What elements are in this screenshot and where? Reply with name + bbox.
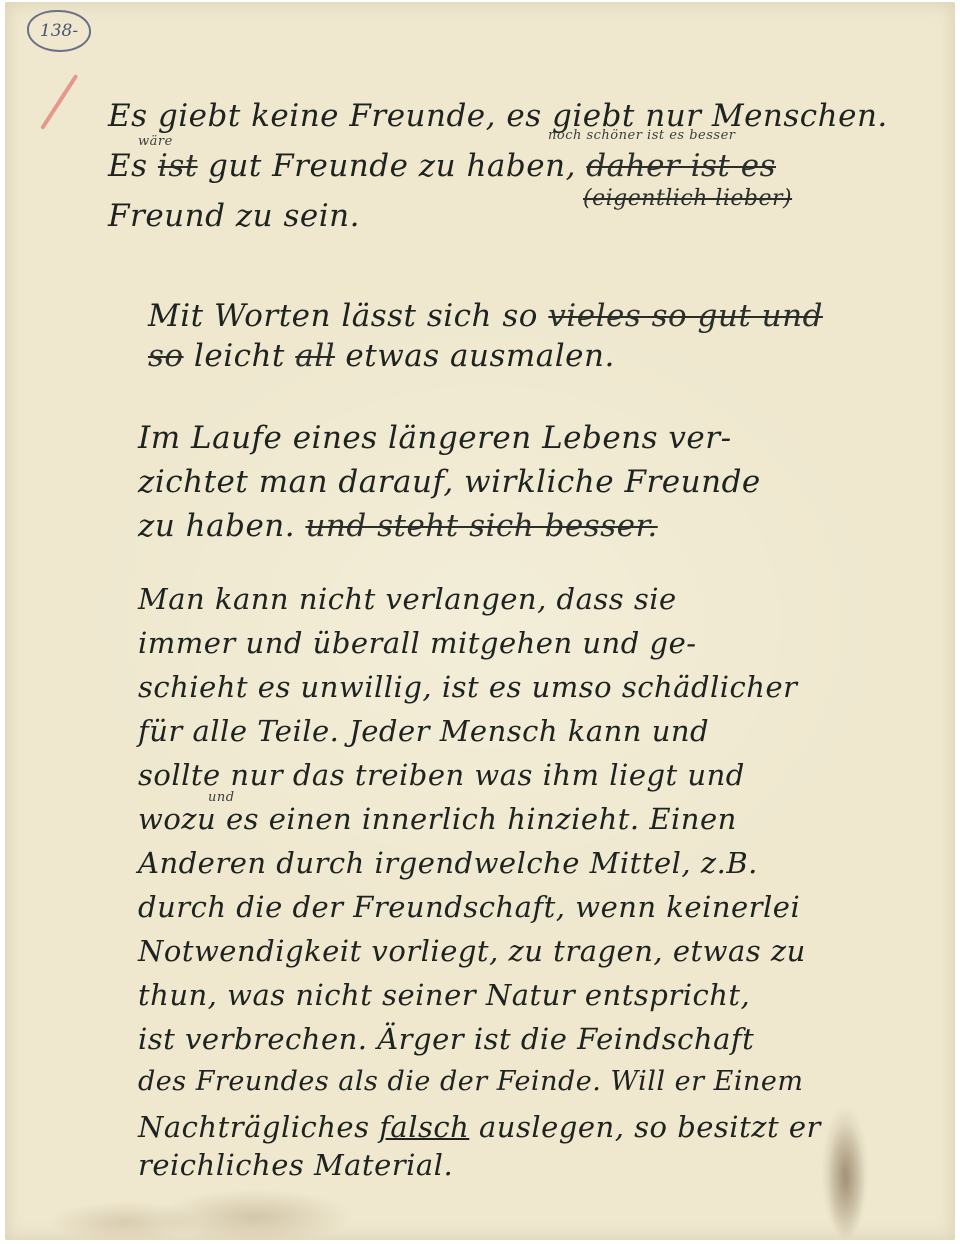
deleted-text: und steht sich besser. bbox=[305, 508, 657, 544]
deleted-text: (eigentlich lieber) bbox=[583, 186, 792, 211]
line-p1-1: Es giebt keine Freunde, es giebt nur Men… bbox=[108, 98, 888, 134]
underlined-word: falsch bbox=[379, 1110, 469, 1144]
deleted-text: all bbox=[295, 338, 335, 374]
line-p4-12: des Freundes als die der Feinde. Will er… bbox=[138, 1066, 803, 1097]
line-p2-1: Mit Worten lässt sich so vieles so gut u… bbox=[148, 298, 823, 334]
line-p4-10: thun, was nicht seiner Natur entspricht, bbox=[138, 978, 750, 1012]
line-p3-2: zichtet man darauf, wirkliche Freunde bbox=[138, 464, 761, 500]
line-p1-2: wäre noch schöner ist es besser Es ist g… bbox=[108, 148, 776, 184]
water-stain bbox=[827, 1122, 865, 1242]
line-p4-2: immer und überall mitgehen und ge- bbox=[138, 626, 697, 660]
line-p4-9: Notwendigkeit vorliegt, zu tragen, etwas… bbox=[138, 934, 806, 968]
deleted-text: ist bbox=[158, 148, 198, 184]
folio-number: 138- bbox=[27, 10, 91, 52]
line-p1-3: Freund zu sein. (eigentlich lieber) bbox=[108, 198, 360, 234]
insertion-above: und bbox=[208, 790, 235, 805]
insertion-above: wäre bbox=[138, 134, 173, 149]
line-p4-1: Man kann nicht verlangen, dass sie bbox=[138, 582, 677, 616]
line-p2-2: so leicht all etwas ausmalen. bbox=[148, 338, 615, 374]
line-p4-8: durch die der Freundschaft, wenn keinerl… bbox=[138, 890, 800, 924]
red-pencil-margin-mark bbox=[40, 74, 78, 130]
line-p4-14: reichliches Material. bbox=[138, 1148, 453, 1182]
line-p4-4: für alle Teile. Jeder Mensch kann und bbox=[138, 714, 709, 748]
line-p4-5: sollte nur das treiben was ihm liegt und bbox=[138, 758, 745, 792]
deleted-text: vieles so gut und bbox=[548, 298, 823, 334]
line-p4-7: Anderen durch irgendwelche Mittel, z.B. bbox=[138, 846, 758, 880]
line-p3-1: Im Laufe eines längeren Lebens ver- bbox=[138, 420, 732, 456]
insertion-above: noch schöner ist es besser bbox=[548, 128, 736, 143]
line-p4-11: ist verbrechen. Ärger ist die Feindschaf… bbox=[138, 1022, 754, 1056]
line-p4-6: und wozu es einen innerlich hinzieht. Ei… bbox=[138, 802, 737, 836]
line-p3-3: zu haben. und steht sich besser. bbox=[138, 508, 658, 544]
line-p4-13: Nachträgliches falsch auslegen, so besit… bbox=[138, 1110, 821, 1144]
line-p4-3: schieht es unwillig, ist es umso schädli… bbox=[138, 670, 798, 704]
deleted-text: so bbox=[148, 338, 184, 374]
manuscript-page: 138- Es giebt keine Freunde, es giebt nu… bbox=[5, 2, 955, 1240]
deleted-text: daher ist es bbox=[586, 148, 776, 184]
